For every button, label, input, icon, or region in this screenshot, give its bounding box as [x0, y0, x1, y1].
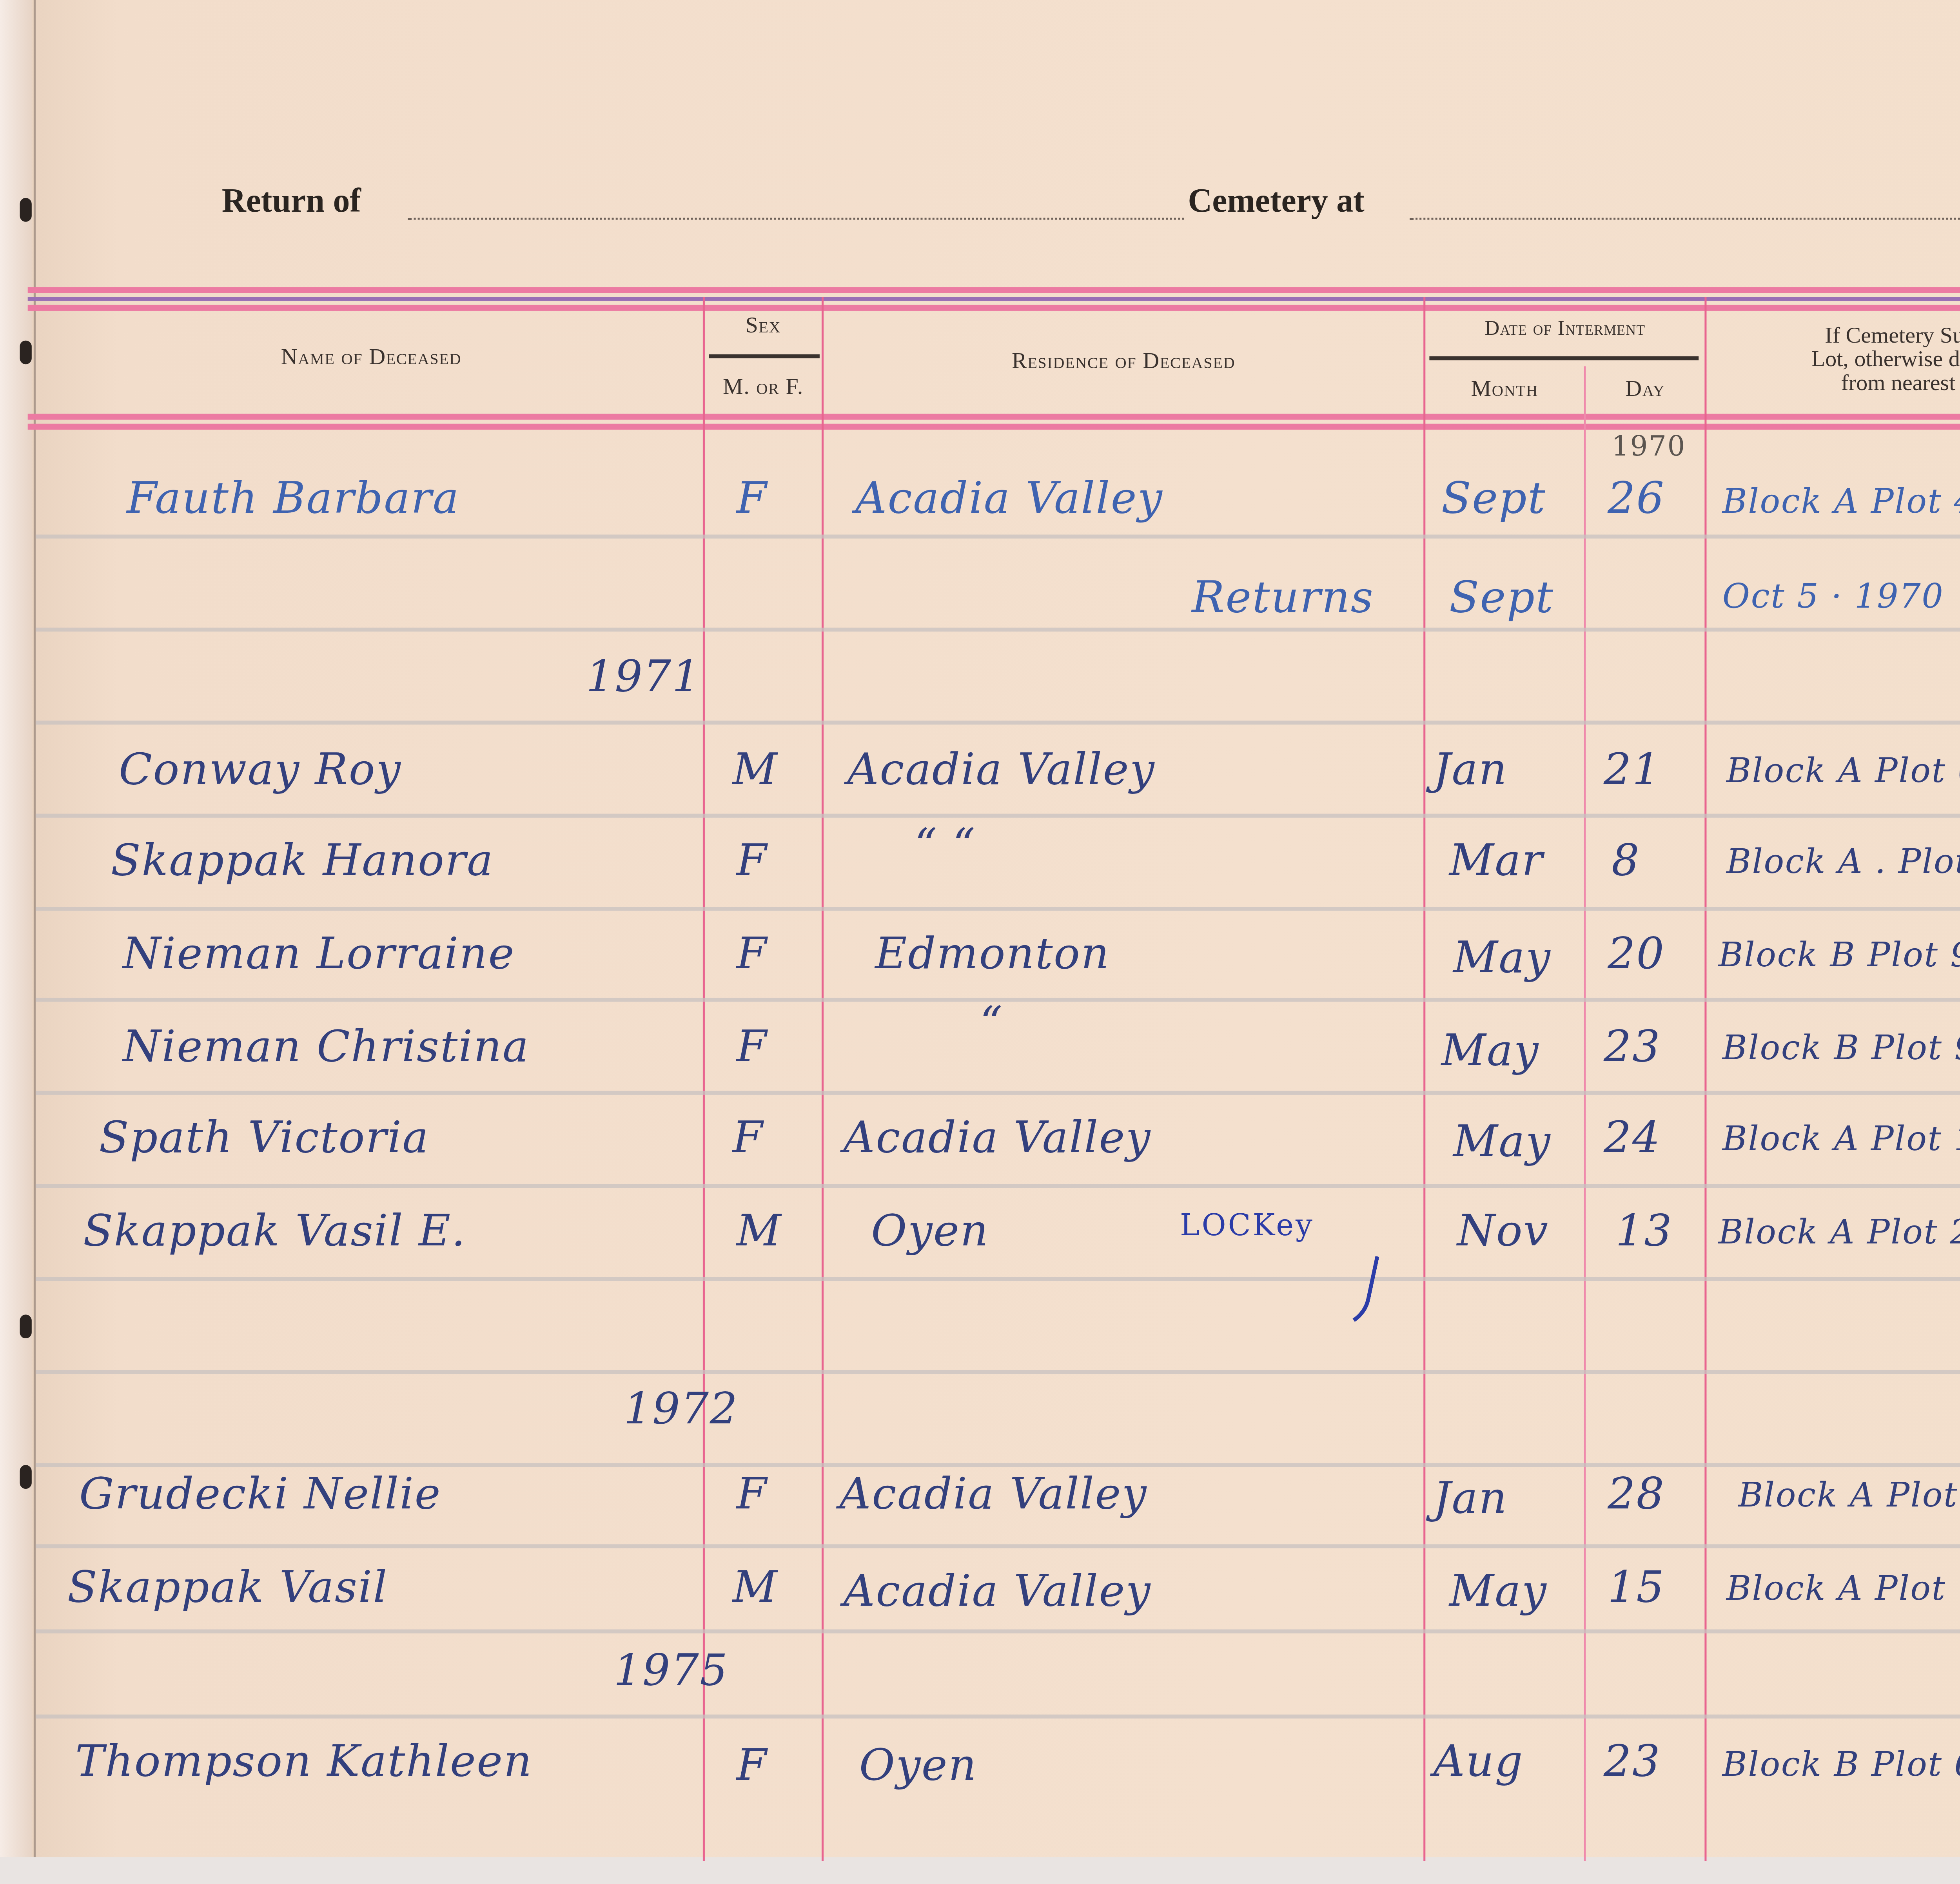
column-divider: [1423, 297, 1425, 1861]
spine-line: [34, 0, 36, 1884]
cell-name: Grudecki Nellie: [79, 1471, 441, 1520]
ruled-line: [36, 1715, 1960, 1719]
cell-day: 8: [1612, 837, 1640, 887]
cell-lot: Block B Plot 94 (BABY): [1722, 1029, 1960, 1069]
cell-day: 24: [1604, 1114, 1661, 1164]
header-top-rule: [28, 305, 1960, 311]
cell-lot: Block B Plot 61: [1722, 1746, 1960, 1786]
col-header-name: Name of Deceased: [40, 347, 703, 370]
cell-residence: “ “: [915, 822, 976, 871]
col-header-lot: If Cemetery Surveyed State Number of Lot…: [1706, 325, 1960, 396]
year-marker-1975: 1975: [614, 1647, 729, 1697]
ruled-line: [36, 907, 1960, 911]
cell-lot: Block A Plot 34: [1738, 1477, 1960, 1517]
cell-name: Nieman Christina: [123, 1024, 530, 1073]
cell-sex: F: [733, 1114, 764, 1164]
cell-day: 26: [1608, 475, 1665, 525]
col-header-date: Date of Interment: [1425, 319, 1704, 343]
cell-month: Mar: [1449, 837, 1544, 887]
cell-month: May: [1453, 935, 1551, 984]
cell-sex: F: [737, 837, 768, 887]
cell-sex: F: [737, 1024, 768, 1073]
ruled-line: [36, 1370, 1960, 1374]
ruled-line: [36, 535, 1960, 539]
cell-month: Sept: [1441, 475, 1546, 525]
header-bottom-rule: [28, 424, 1960, 430]
cell-residence: Acadia Valley: [848, 746, 1156, 796]
year-marker-1970: 1970: [1612, 432, 1686, 463]
ruled-line: [36, 1463, 1960, 1467]
cell-name: Thompson Kathleen: [75, 1738, 533, 1788]
cell-day: 28: [1608, 1471, 1665, 1520]
ruled-line: [36, 1277, 1960, 1281]
cell-residence: Acadia Valley: [839, 1471, 1147, 1520]
column-divider: [703, 297, 705, 1861]
header-top-rule-purple: [28, 297, 1960, 301]
cell-name: Skappak Vasil E.: [83, 1208, 466, 1257]
col-header-month: Month: [1425, 378, 1584, 402]
cell-residence: Acadia Valley: [843, 1568, 1151, 1617]
cell-month: Aug: [1433, 1738, 1524, 1788]
column-divider: [1584, 366, 1586, 1861]
cell-sex: F: [737, 931, 768, 980]
header-separator: [1429, 356, 1699, 360]
ruled-line: [36, 1544, 1960, 1548]
cell-sex: F: [737, 1742, 768, 1791]
col-header-lot-line: from nearest boundary of Cemetery: [1706, 372, 1960, 396]
cell-day: 13: [1615, 1208, 1673, 1257]
col-header-lot-line: Lot, otherwise describe place of interme…: [1706, 348, 1960, 372]
cell-month: Sept: [1449, 574, 1554, 624]
cell-sex: F: [737, 1471, 768, 1520]
year-marker-1972: 1972: [624, 1386, 739, 1435]
col-header-sex: Sex: [705, 315, 822, 339]
cell-name: Nieman Lorraine: [123, 931, 515, 980]
cemetery-at-label: Cemetery at: [1188, 182, 1365, 222]
col-header-day: Day: [1586, 378, 1704, 402]
cell-name: Fauth Barbara: [127, 475, 459, 525]
cell-day: 21: [1604, 746, 1661, 796]
page-binding-edge: [0, 0, 32, 1884]
cell-residence: Oyen: [859, 1742, 977, 1791]
scan-bottom-margin: [0, 1857, 1960, 1884]
return-of-label: Return of: [222, 182, 361, 222]
cell-residence-note: Returns: [1192, 574, 1374, 624]
cemetery-at-field: [1410, 218, 1960, 220]
binding-hole: [20, 341, 32, 365]
col-header-residence: Residence of Deceased: [824, 350, 1423, 374]
cell-lot: Block A Plot 64: [1726, 752, 1960, 792]
header-bottom-rule: [28, 414, 1960, 420]
ruled-line: [36, 1091, 1960, 1095]
col-header-sex-sub: M. or F.: [705, 376, 822, 400]
cell-sex: M: [733, 746, 778, 796]
cell-day: 23: [1604, 1738, 1661, 1788]
cell-sex: M: [737, 1208, 782, 1257]
cell-sex: F: [737, 475, 768, 525]
cell-residence: Edmonton: [875, 931, 1110, 980]
ruled-line: [36, 628, 1960, 632]
cell-lot: Block A Plot 1: [1722, 1121, 1960, 1160]
cell-lot: Block A Plot 12: [1726, 1570, 1960, 1610]
return-of-field: [408, 218, 1184, 220]
cell-lot: Block A Plot 26: [1719, 1214, 1960, 1253]
binding-hole: [20, 1314, 32, 1338]
header-separator: [709, 354, 820, 358]
cell-lot: Oct 5 · 1970: [1722, 578, 1944, 618]
cell-name: Skappak Hanora: [111, 837, 494, 887]
cell-month: Jan: [1433, 1475, 1508, 1525]
cell-name: Spath Victoria: [99, 1114, 430, 1164]
cell-lot: Block A . Plot 11: [1726, 843, 1960, 883]
header-top-rule: [28, 287, 1960, 293]
cell-sex: M: [733, 1564, 778, 1614]
cell-month: Jan: [1433, 746, 1508, 796]
ruled-line: [36, 1184, 1960, 1188]
cell-month: Nov: [1457, 1208, 1549, 1257]
cell-residence: “: [980, 1000, 1003, 1049]
ruled-line: [36, 1629, 1960, 1633]
cell-residence: Acadia Valley: [855, 475, 1163, 525]
column-divider: [1704, 297, 1706, 1861]
ledger-page-scan: Return of Cemetery at for Quarter ending…: [0, 0, 1960, 1884]
ruled-line: [36, 814, 1960, 818]
cell-month: May: [1449, 1568, 1547, 1617]
cell-name: Skappak Vasil: [67, 1564, 388, 1614]
col-header-lot-line: If Cemetery Surveyed State Number of: [1706, 325, 1960, 348]
cell-month: May: [1441, 1027, 1539, 1077]
cell-month: May: [1453, 1118, 1551, 1168]
binding-hole: [20, 198, 32, 222]
ruled-line: [36, 721, 1960, 724]
binding-hole: [20, 1465, 32, 1489]
column-divider: [822, 297, 824, 1861]
year-marker-1971: 1971: [586, 653, 701, 703]
cell-day: 23: [1604, 1024, 1661, 1073]
cell-residence: Acadia Valley: [843, 1114, 1151, 1164]
cell-day: 20: [1608, 931, 1665, 980]
cell-residence: Oyen: [871, 1208, 989, 1257]
cell-lot: Block A Plot 45: [1722, 483, 1960, 523]
cell-lot: Block B Plot 94: [1719, 937, 1960, 976]
cell-day: 15: [1608, 1564, 1665, 1614]
lockey-annotation: LOCKey: [1180, 1208, 1314, 1243]
cell-name: Conway Roy: [119, 746, 401, 796]
